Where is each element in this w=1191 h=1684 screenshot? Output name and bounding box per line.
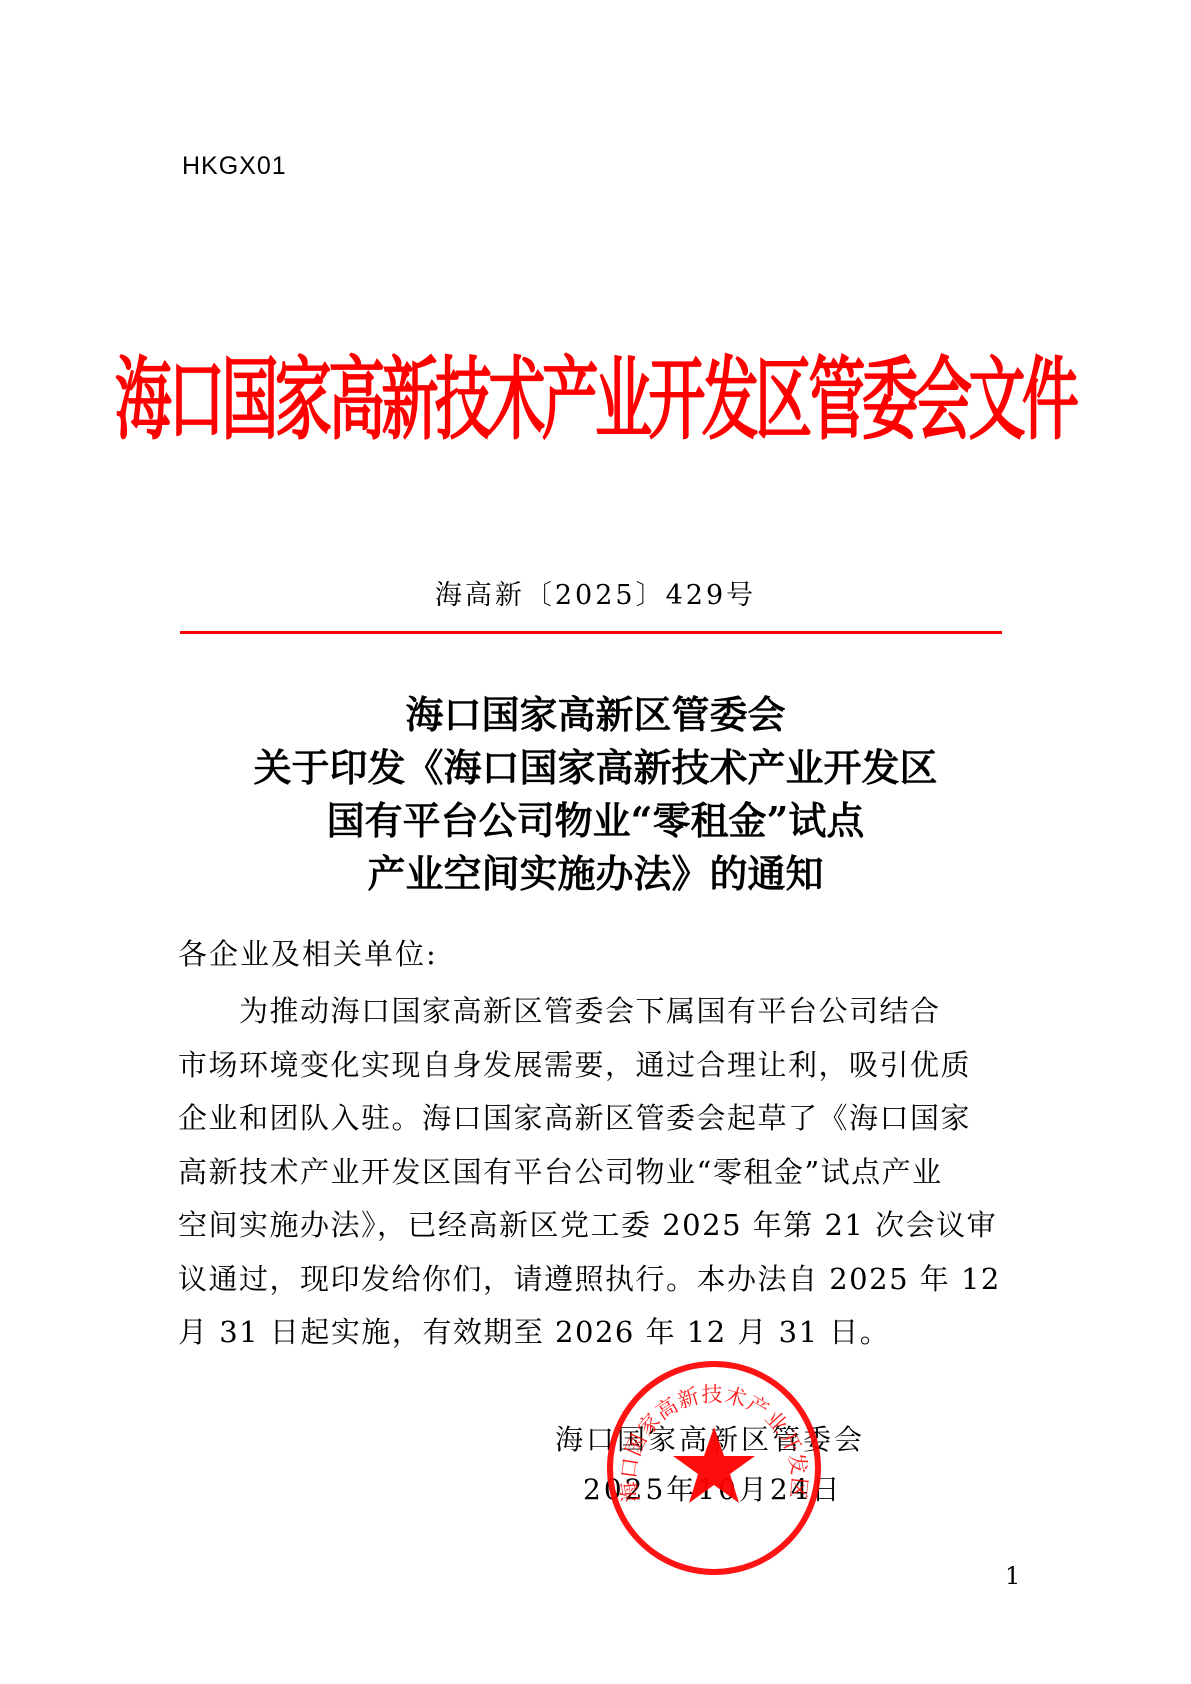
- body-line: 市场环境变化实现自身发展需要，通过合理让利，吸引优质: [178, 1039, 998, 1093]
- salutation: 各企业及相关单位:: [178, 932, 438, 973]
- title-line: 国有平台公司物业“零租金”试点: [0, 794, 1191, 847]
- body-line: 议通过，现印发给你们，请遵照执行。本办法自 2025 年 12: [178, 1253, 998, 1307]
- body-line: 高新技术产业开发区国有平台公司物业“零租金”试点产业: [178, 1146, 998, 1200]
- issuer-header-text: 海口国家高新技术产业开发区管委会文件: [115, 320, 1075, 480]
- page-number: 1: [1005, 1562, 1020, 1590]
- body-line: 为推动海口国家高新区管委会下属国有平台公司结合: [178, 985, 998, 1039]
- issuer-header: 海口国家高新技术产业开发区管委会文件: [0, 345, 1191, 455]
- document-number: 海高新〔2025〕429号: [0, 573, 1191, 612]
- document-title: 海口国家高新区管委会 关于印发《海口国家高新技术产业开发区 国有平台公司物业“零…: [0, 688, 1191, 900]
- body-line: 月 31 日起实施，有效期至 2026 年 12 月 31 日。: [178, 1306, 998, 1360]
- signature-date: 2025年10月24日: [583, 1468, 843, 1508]
- body-line: 空间实施办法》，已经高新区党工委 2025 年第 21 次会议审: [178, 1199, 998, 1253]
- title-line: 海口国家高新区管委会: [0, 688, 1191, 741]
- red-divider: [180, 631, 1002, 634]
- body-paragraph: 为推动海口国家高新区管委会下属国有平台公司结合 市场环境变化实现自身发展需要，通…: [178, 985, 998, 1360]
- document-code: HKGX01: [182, 152, 287, 181]
- body-line: 企业和团队入驻。海口国家高新区管委会起草了《海口国家: [178, 1092, 998, 1146]
- title-line: 产业空间实施办法》的通知: [0, 847, 1191, 900]
- title-line: 关于印发《海口国家高新技术产业开发区: [0, 741, 1191, 794]
- signature-organization: 海口国家高新区管委会: [555, 1418, 865, 1458]
